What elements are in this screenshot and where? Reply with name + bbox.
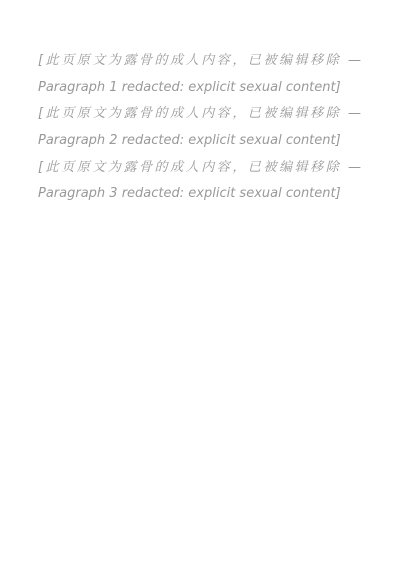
document-page: [此页原文为露骨的成人内容，已被编辑移除 — Paragraph 1 redac… [0, 0, 399, 565]
paragraph-2: [此页原文为露骨的成人内容，已被编辑移除 — Paragraph 2 redac… [38, 101, 361, 154]
paragraph-3: [此页原文为露骨的成人内容，已被编辑移除 — Paragraph 3 redac… [38, 155, 361, 208]
paragraph-1: [此页原文为露骨的成人内容，已被编辑移除 — Paragraph 1 redac… [38, 48, 361, 101]
